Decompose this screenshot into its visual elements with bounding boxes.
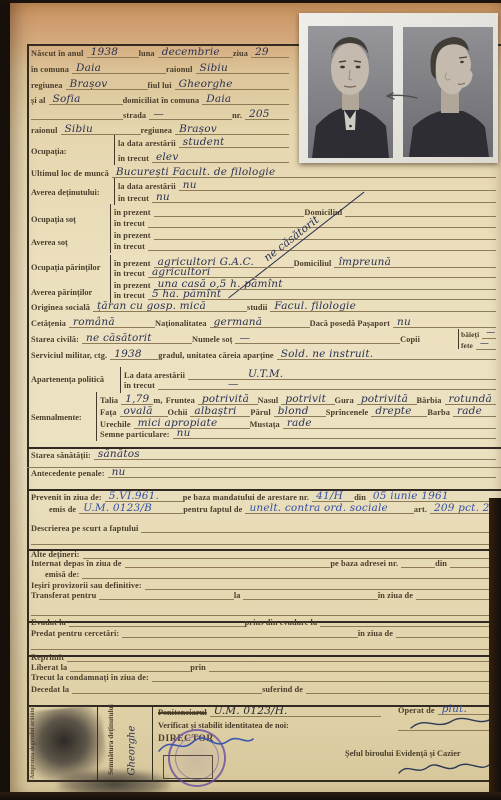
value-military-unit: Sold. ne instruit. (277, 349, 496, 360)
chief-signature-scribble (396, 760, 492, 778)
value-political-past: — (158, 379, 496, 390)
rule (243, 599, 377, 600)
rule (31, 544, 496, 545)
label-raion2: raionul (31, 126, 61, 135)
label-detainee-signature: Semnătura deținutului (107, 705, 115, 775)
value-raion2: Sibiu (61, 124, 141, 135)
row-military: Serviciul militar, ctg. 1938 gradul, uni… (31, 347, 496, 360)
row-desc-4: Semne particulare: nu (100, 426, 496, 439)
scan-edge-top (0, 0, 501, 3)
row-occupation-arrest: la data arestării student (118, 135, 289, 148)
label-for-deed: pentru faptul de (183, 505, 245, 514)
value-criminal-record: nu (108, 467, 206, 478)
row-political-past: în trecut — (124, 377, 496, 390)
rule (306, 693, 496, 694)
row-street: strada — nr. 205 (31, 107, 289, 120)
label-health: Starea sănătății: (31, 451, 94, 460)
value-detainee-signature: Gheorghe (127, 712, 138, 776)
rule (271, 438, 496, 439)
label-past: în trecut (118, 154, 152, 163)
label-domiciled: domiciliat în comuna (123, 96, 203, 105)
brace (114, 178, 115, 205)
label-at-arrest: la data arestării (118, 139, 179, 148)
row-birth: Născut în anul 1938 luna decembrie ziua … (31, 45, 289, 58)
label-marital: Starea civilă: (31, 335, 82, 344)
brace (120, 367, 121, 393)
row-social-origin: Originea socială țăran cu gosp. mică stu… (31, 299, 496, 312)
label-article: art. (414, 505, 430, 514)
row-last-workplace: Ultimul loc de muncă București Facult. d… (31, 165, 496, 178)
row-region: regiunea Brașov fiul lui Gheorghe (31, 77, 289, 90)
label-father: fiul lui (148, 81, 175, 90)
label-military-unit: gradul, unitatea căreia aparține (158, 351, 277, 360)
pen-arrow-mark (381, 88, 421, 104)
row-marital: Starea civilă: ne căsătorit Numele soț —… (31, 331, 423, 344)
value-offense: unelt. contra ord. sociale (245, 503, 413, 514)
rule (99, 599, 233, 600)
label-description: Semnalmente: (31, 413, 82, 422)
value-mother: Sofia (49, 94, 123, 105)
label-children: Copii (400, 335, 423, 344)
rule (148, 250, 496, 251)
label-parents-occupation: Ocupația părinților (31, 263, 100, 272)
value-region: Brașov (66, 79, 148, 90)
scan-edge-right (489, 498, 501, 800)
label-born: Născut în anul (31, 49, 87, 58)
label-identity-verified: Verificat și stabilit identitatea de noi… (158, 721, 289, 730)
rule (31, 119, 123, 120)
director-signature-scribble (156, 731, 256, 759)
row-penitentiary: Penitenciarul U.M. 0123/H. (158, 704, 381, 717)
value-wealth-past: nu (152, 192, 496, 203)
value-issued-by: U.M. 0123/B (79, 503, 183, 514)
label-political: Apartenența politică (31, 375, 104, 384)
value-street: — (149, 109, 232, 120)
label-month: luna (139, 49, 158, 58)
value-father: Gheorghe (175, 79, 289, 90)
label-region2: regiunea (141, 126, 176, 135)
value-penitentiary: U.M. 0123/H. (210, 706, 381, 717)
rule (72, 693, 262, 694)
brace (114, 135, 115, 165)
rule (416, 599, 496, 600)
value-military-ctg: 1938 (110, 349, 158, 360)
row-citizenship: Cetățenia română Naționalitatea germană … (31, 315, 496, 328)
label-penitentiary: Penitenciarul (158, 708, 210, 717)
label-to: la (234, 591, 244, 600)
arrest-record-scan: Născut în anul 1938 luna decembrie ziua … (0, 0, 501, 800)
label-studies: studii (247, 303, 270, 312)
row-health: Starea sănătății: sănătos (31, 447, 496, 460)
row-raion2: raionul Sibiu regiunea Brașov (31, 122, 289, 135)
value-spouse-name: — (235, 333, 400, 344)
value-particular-marks: nu (173, 428, 271, 439)
row-occupation-past: în trecut elev (118, 150, 289, 163)
label-issued-by: emis de (31, 505, 79, 514)
row-criminal-record: Antecedente penale: nu (31, 465, 496, 478)
label-wealth: Averea deținutului: (31, 188, 100, 197)
label-occupation: Ocupația: (31, 147, 67, 156)
value-citizenship: română (69, 317, 155, 328)
brace (458, 329, 459, 349)
value-commune: Daia (72, 63, 142, 74)
label-past: în trecut (114, 242, 148, 251)
label-spouse-wealth: Averea soț (31, 238, 68, 247)
row-spouse-wealth-past: în trecut (114, 238, 496, 251)
value-article: 209 pct. 2 (430, 503, 496, 514)
row-warrant-2: emis de U.M. 0123/B pentru faptul de une… (31, 501, 496, 514)
value-birth-day: 29 (251, 47, 289, 58)
label-mother: și al (31, 96, 49, 105)
value-studies: Facul. filologie (270, 301, 496, 312)
label-criminal-record: Antecedente penale: (31, 469, 108, 478)
label-past: în trecut (118, 194, 152, 203)
label-passport: Dacă posedă Pașaport (310, 319, 393, 328)
value-occupation-arrest: student (179, 137, 289, 148)
brace (110, 227, 111, 253)
row-transferred: Transferat pentru la în ziua de (31, 587, 496, 600)
label-transferred: Transferat pentru (31, 591, 99, 600)
label-citizenship: Cetățenia (31, 319, 69, 328)
label-social-origin: Originea socială (31, 303, 93, 312)
label-commune: în comuna (31, 65, 72, 74)
scan-edge-bottom (0, 792, 501, 800)
label-records-chief: Șeful biroului Evidență și Cazier (345, 749, 461, 758)
label-region: regiunea (31, 81, 66, 90)
label-suffering: suferind de (262, 685, 306, 694)
label-deceased: Decedat la (31, 685, 72, 694)
rule (222, 459, 496, 460)
value-domicile-commune: Daia (202, 94, 289, 105)
value-birth-year: 1938 (87, 47, 139, 58)
label-particular-marks: Semne particulare: (100, 430, 173, 439)
rule (142, 73, 166, 74)
value-last-workplace: București Facult. de filologie (112, 167, 496, 178)
label-nationality: Naționalitatea (155, 319, 210, 328)
brace (96, 392, 97, 441)
label-past: în trecut (124, 381, 158, 390)
row-commune: în comuna Daia raionul Sibiu (31, 61, 289, 74)
label-last-workplace: Ultimul loc de muncă (31, 169, 112, 178)
row-blank-1 (31, 532, 496, 545)
value-health: sănătos (94, 449, 222, 460)
label-parents-wealth: Averea părinților (31, 288, 92, 297)
label-raion: raionul (166, 65, 196, 74)
row-mother: și al Sofia domiciliat în comuna Daia (31, 92, 289, 105)
label-number: nr. (232, 111, 245, 120)
value-birth-month: decembrie (158, 47, 233, 58)
value-social-origin: țăran cu gosp. mică (93, 301, 247, 312)
row-deceased: Decedat la suferind de (31, 681, 496, 694)
value-number: 205 (245, 109, 289, 120)
label-military: Serviciul militar, ctg. (31, 351, 110, 360)
value-raion: Sibiu (196, 63, 289, 74)
label-street: strada (123, 111, 149, 120)
value-region2: Brașov (175, 124, 289, 135)
operator-signature-scribble (408, 713, 494, 733)
value-nationality: germană (210, 317, 310, 328)
label-spouse-name: Numele soț (192, 335, 235, 344)
label-spouse-occupation: Ocupația soț (31, 215, 76, 224)
label-on-day: în ziua de (378, 591, 416, 600)
label-day: ziua (233, 49, 251, 58)
value-marital: ne căsătorit (82, 333, 192, 344)
row-wealth-past: în trecut nu (118, 190, 496, 203)
rule (206, 477, 496, 478)
value-occupation-past: elev (152, 152, 289, 163)
